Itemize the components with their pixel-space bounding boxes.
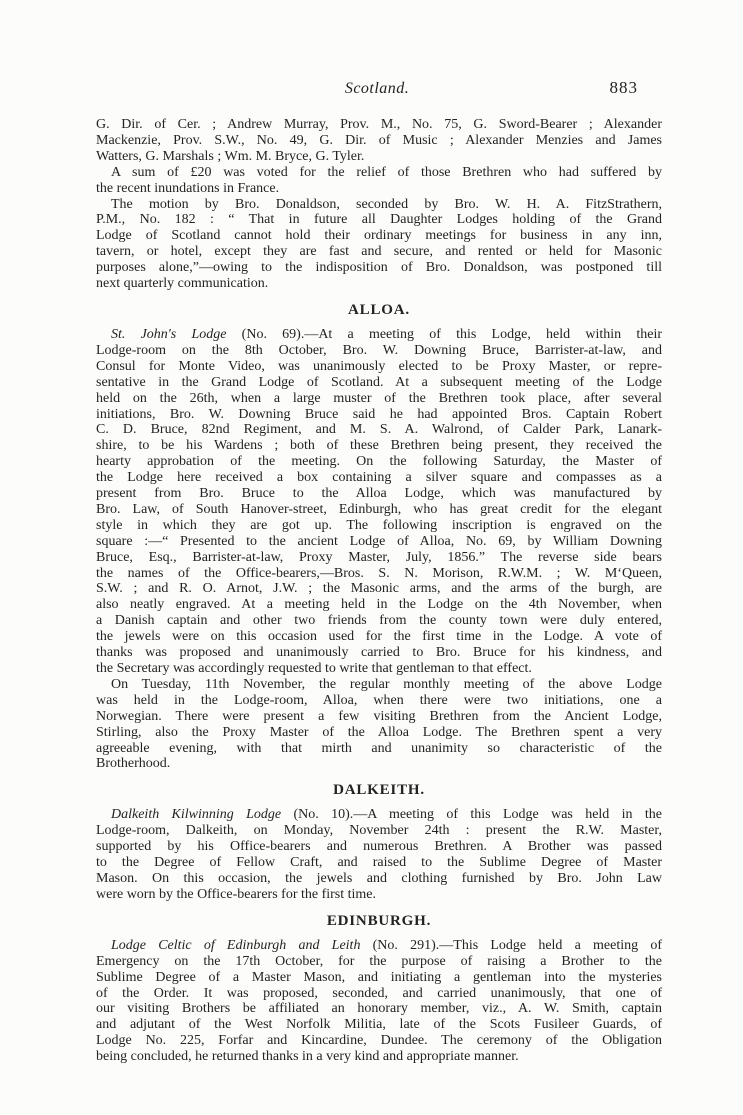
text-run: Norwegian. There were present a few visi… [96,709,662,724]
text-line: the jewels were on this occasion used fo… [96,629,662,645]
text-run: next quarterly communication. [96,276,268,291]
paragraph: The motion by Bro. Donaldson, seconded b… [96,197,662,292]
text-line: agreeable evening, with that mirth and u… [96,741,662,757]
lodge-name-italic: Lodge Celtic of Edinburgh and Leith [111,938,360,953]
text-run: Lodge-room on the 8th October, Bro. W. D… [96,343,662,358]
paragraph: Lodge Celtic of Edinburgh and Leith (No.… [96,938,662,1065]
text-line: of the Order. It was proposed, seconded,… [96,986,662,1002]
text-run: (No. 291).—This Lodge held a meeting of [360,938,662,953]
text-run: being concluded, he returned thanks in a… [96,1049,519,1064]
paragraph: A sum of £20 was voted for the relief of… [96,165,662,197]
text-run: Lodge-room, Dalkeith, on Monday, Novembe… [96,823,662,838]
text-run: the Lodge here received a box containing… [96,470,662,485]
text-column: Scotland. 883 G. Dir. of Cer. ; Andrew M… [96,0,662,1065]
text-run: Brotherhood. [96,756,170,771]
section-heading-dalkeith: DALKEITH. [96,781,662,799]
text-line: shire, to be his Wardens ; both of these… [96,438,662,454]
text-run: (No. 69).—At a meeting of this Lodge, he… [226,327,662,342]
text-run: thanks was proposed and unanimously carr… [96,645,662,660]
text-line: Lodge No. 225, Forfar and Kincardine, Du… [96,1033,662,1049]
text-line: a Danish captain and other two friends f… [96,613,662,629]
text-line: On Tuesday, 11th November, the regular m… [96,677,662,693]
text-run: tavern, or hotel, except they are fast a… [96,244,662,259]
text-line: was held in the Lodge-room, Alloa, when … [96,693,662,709]
text-run: the jewels were on this occasion used fo… [96,629,662,644]
text-run: shire, to be his Wardens ; both of these… [96,438,662,453]
text-run: Sublime Degree of a Master Mason, and in… [96,970,662,985]
text-run: agreeable evening, with that mirth and u… [96,741,662,756]
text-line: supported by his Office-bearers and nume… [96,839,662,855]
text-line: to the Degree of Fellow Craft, and raise… [96,855,662,871]
text-line: thanks was proposed and unanimously carr… [96,645,662,661]
text-line: Bruce, Esq., Barrister-at-law, Proxy Mas… [96,550,662,566]
text-line: our visiting Brothers be affiliated an h… [96,1001,662,1017]
text-line: hearty approbation of the meeting. On th… [96,454,662,470]
text-run: P.M., No. 182 : “ That in future all Dau… [96,212,662,227]
text-run: Stirling, also the Proxy Master of the A… [96,725,662,740]
text-run: Emergency on the 17th October, for the p… [96,954,662,969]
text-run: the names of the Office-bearers,—Bros. S… [96,566,662,581]
text-run: Bro. Law, of South Hanover-street, Edinb… [96,502,662,517]
text-line: Lodge-room, Dalkeith, on Monday, Novembe… [96,823,662,839]
text-run: On Tuesday, 11th November, the regular m… [111,677,662,692]
text-line: C. D. Bruce, 82nd Regiment, and M. S. A.… [96,422,662,438]
text-line: the recent inundations in France. [96,181,662,197]
text-run: were worn by the Office-bearers for the … [96,887,376,902]
section-heading-edinburgh: EDINBURGH. [96,912,662,930]
text-run: The motion by Bro. Donaldson, seconded b… [111,197,662,212]
text-run: square :—“ Presented to the ancient Lodg… [96,534,662,549]
text-run: purposes alone,”—owing to the indisposit… [96,260,662,275]
text-run: to the Degree of Fellow Craft, and raise… [96,855,662,870]
text-line: A sum of £20 was voted for the relief of… [96,165,662,181]
text-run: a Danish captain and other two friends f… [96,613,662,628]
text-run: and adjutant of the West Norfolk Militia… [96,1017,662,1032]
text-line: Bro. Law, of South Hanover-street, Edinb… [96,502,662,518]
text-line: Emergency on the 17th October, for the p… [96,954,662,970]
text-line: were worn by the Office-bearers for the … [96,887,662,903]
text-line: S.W. ; and R. O. Arnot, J.W. ; the Mason… [96,581,662,597]
text-run: of the Order. It was proposed, seconded,… [96,986,662,1001]
document-body: G. Dir. of Cer. ; Andrew Murray, Prov. M… [96,117,662,1065]
text-run: A sum of £20 was voted for the relief of… [111,165,662,180]
paragraph: St. John's Lodge (No. 69).—At a meeting … [96,327,662,677]
text-line: Lodge of Scotland cannot hold their ordi… [96,228,662,244]
text-run: our visiting Brothers be affiliated an h… [96,1001,662,1016]
text-line: initiations, Bro. W. Downing Bruce said … [96,407,662,423]
text-run: the recent inundations in France. [96,181,279,196]
text-line: next quarterly communication. [96,276,662,292]
text-run: (No. 10).—A meeting of this Lodge was he… [281,807,662,822]
text-run: present from Bro. Bruce to the Alloa Lod… [96,486,662,501]
page: Scotland. 883 G. Dir. of Cer. ; Andrew M… [0,0,743,1115]
text-run: held on the 26th, when a large muster of… [96,391,662,406]
text-line: present from Bro. Bruce to the Alloa Lod… [96,486,662,502]
text-line: square :—“ Presented to the ancient Lodg… [96,534,662,550]
lodge-name-italic: St. John's Lodge [111,327,226,342]
text-run: G. Dir. of Cer. ; Andrew Murray, Prov. M… [96,117,662,132]
text-run: Consul for Monte Video, was unanimously … [96,359,662,374]
text-line: The motion by Bro. Donaldson, seconded b… [96,197,662,213]
page-number: 883 [610,78,639,98]
text-run: the Secretary was accordingly requested … [96,661,532,676]
text-run: Watters, G. Marshals ; Wm. M. Bryce, G. … [96,149,364,164]
text-line: St. John's Lodge (No. 69).—At a meeting … [96,327,662,343]
text-run: S.W. ; and R. O. Arnot, J.W. ; the Mason… [96,581,662,596]
text-run: hearty approbation of the meeting. On th… [96,454,662,469]
text-run: initiations, Bro. W. Downing Bruce said … [96,407,662,422]
paragraph: G. Dir. of Cer. ; Andrew Murray, Prov. M… [96,117,662,165]
text-line: Stirling, also the Proxy Master of the A… [96,725,662,741]
text-line: Dalkeith Kilwinning Lodge (No. 10).—A me… [96,807,662,823]
text-run: was held in the Lodge-room, Alloa, when … [96,693,662,708]
text-line: Watters, G. Marshals ; Wm. M. Bryce, G. … [96,149,662,165]
text-line: the Secretary was accordingly requested … [96,661,662,677]
text-line: G. Dir. of Cer. ; Andrew Murray, Prov. M… [96,117,662,133]
text-run: Mackenzie, Prov. S.W., No. 49, G. Dir. o… [96,133,662,148]
text-line: tavern, or hotel, except they are fast a… [96,244,662,260]
section-heading-alloa: ALLOA. [96,301,662,319]
text-run: Lodge No. 225, Forfar and Kincardine, Du… [96,1033,662,1048]
text-line: being concluded, he returned thanks in a… [96,1049,662,1065]
text-run: Bruce, Esq., Barrister-at-law, Proxy Mas… [96,550,662,565]
text-line: Lodge-room on the 8th October, Bro. W. D… [96,343,662,359]
text-run: supported by his Office-bearers and nume… [96,839,662,854]
text-line: Mackenzie, Prov. S.W., No. 49, G. Dir. o… [96,133,662,149]
lodge-name-italic: Dalkeith Kilwinning Lodge [111,807,281,822]
text-line: purposes alone,”—owing to the indisposit… [96,260,662,276]
text-line: Mason. On this occasion, the jewels and … [96,871,662,887]
text-run: sentative in the Grand Lodge of Scotland… [96,375,662,390]
text-line: the Lodge here received a box containing… [96,470,662,486]
text-run: C. D. Bruce, 82nd Regiment, and M. S. A.… [96,422,662,437]
text-line: the names of the Office-bearers,—Bros. S… [96,566,662,582]
text-run: style in which they are got up. The foll… [96,518,662,533]
text-run: Lodge of Scotland cannot hold their ordi… [96,228,662,243]
text-line: Sublime Degree of a Master Mason, and in… [96,970,662,986]
text-line: P.M., No. 182 : “ That in future all Dau… [96,212,662,228]
running-header: Scotland. 883 [96,80,662,100]
text-line: Norwegian. There were present a few visi… [96,709,662,725]
running-header-title: Scotland. [345,80,410,98]
text-line: also neatly engraved. At a meeting held … [96,597,662,613]
text-line: Brotherhood. [96,756,662,772]
text-run: Mason. On this occasion, the jewels and … [96,871,662,886]
paragraph: On Tuesday, 11th November, the regular m… [96,677,662,772]
paragraph: Dalkeith Kilwinning Lodge (No. 10).—A me… [96,807,662,902]
text-line: style in which they are got up. The foll… [96,518,662,534]
text-line: Consul for Monte Video, was unanimously … [96,359,662,375]
text-run: also neatly engraved. At a meeting held … [96,597,662,612]
text-line: and adjutant of the West Norfolk Militia… [96,1017,662,1033]
text-line: Lodge Celtic of Edinburgh and Leith (No.… [96,938,662,954]
text-line: sentative in the Grand Lodge of Scotland… [96,375,662,391]
text-line: held on the 26th, when a large muster of… [96,391,662,407]
